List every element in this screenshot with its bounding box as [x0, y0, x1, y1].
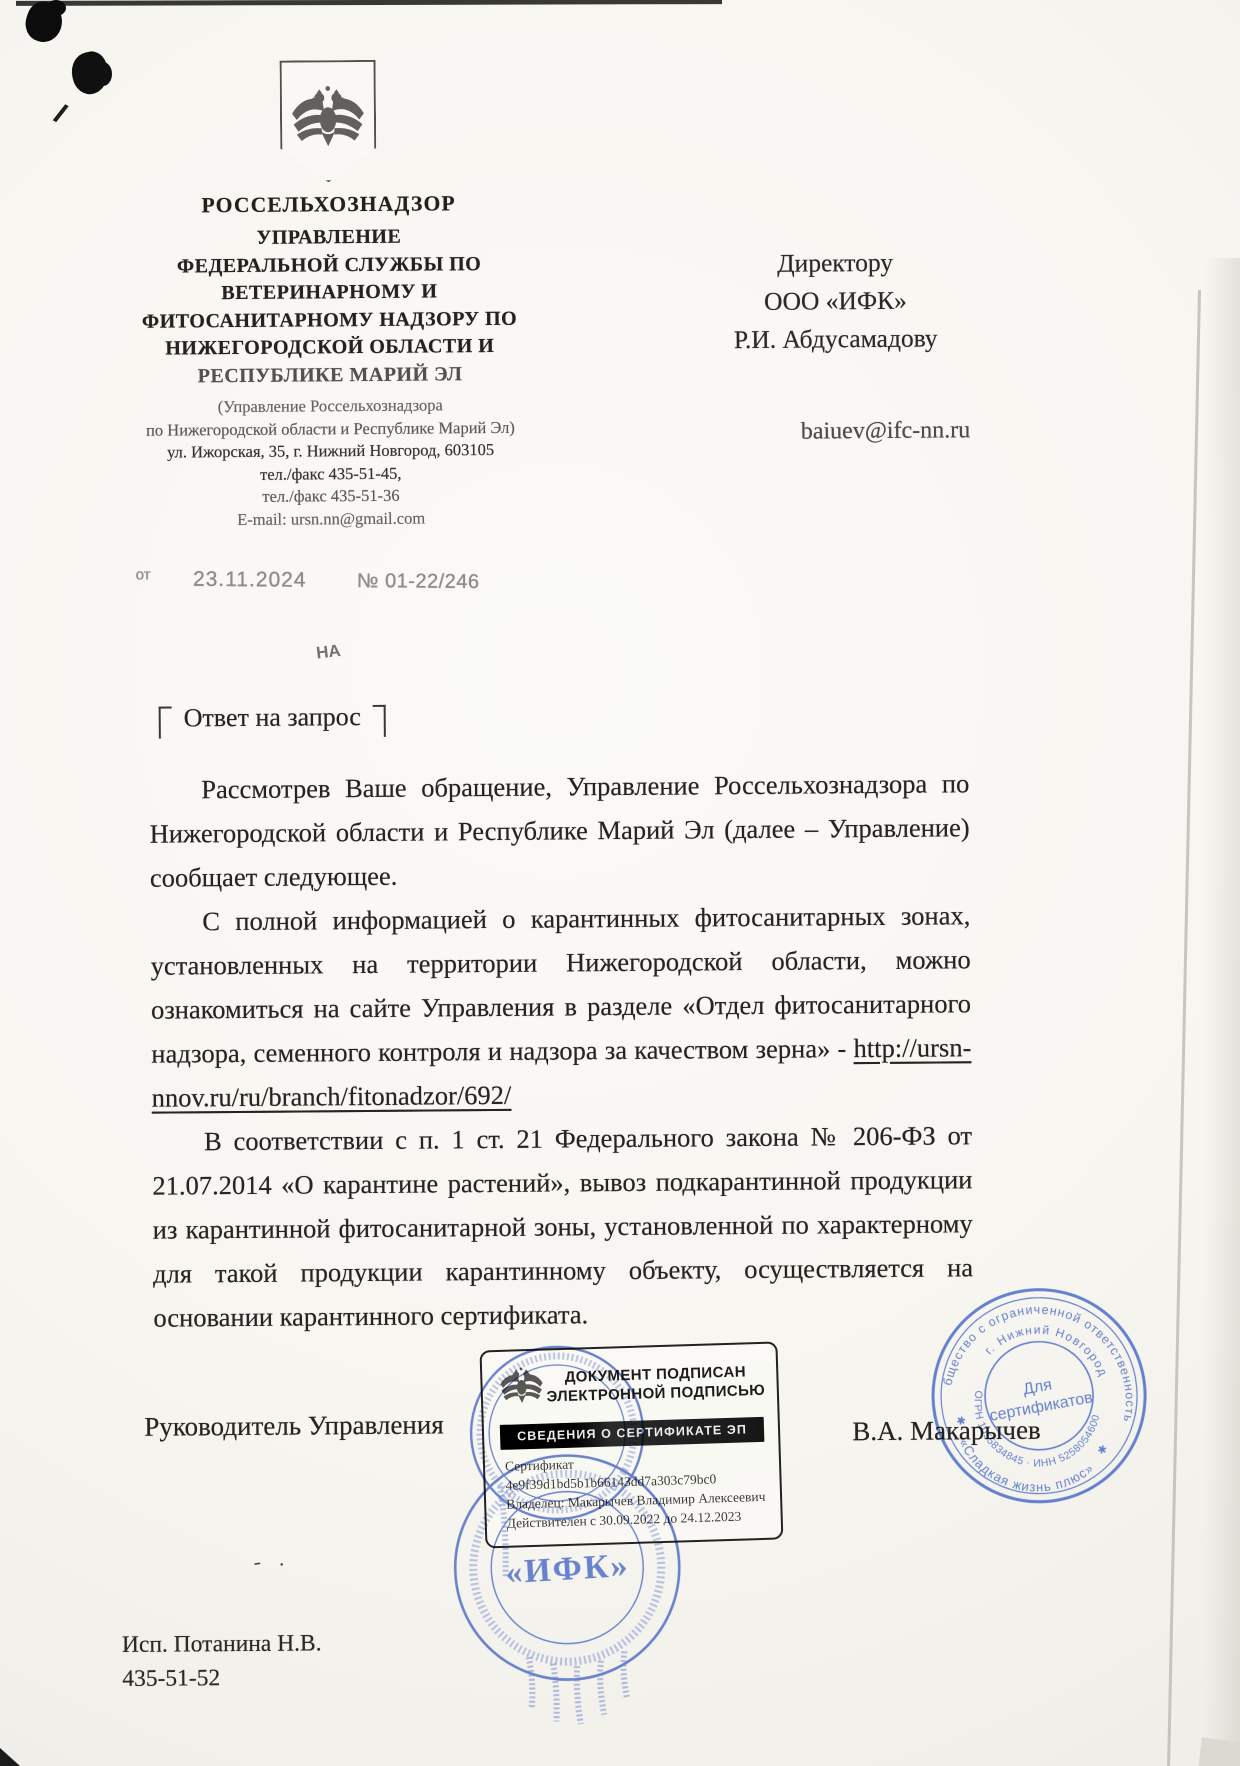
signature-position: Руководитель Управления — [144, 1409, 444, 1442]
recipient-block: Директору ООО «ИФК» Р.И. Абдусамадову — [667, 243, 1004, 360]
scan-blob — [46, 0, 66, 16]
org-name-line: ВЕТЕРИНАРНОМУ И — [117, 278, 541, 309]
page-corner-edge — [1198, 1737, 1240, 1766]
executor-name: Исп. Потанина Н.В. — [122, 1626, 322, 1662]
page-edge-shade — [1204, 258, 1240, 1766]
scan-blob — [94, 62, 112, 86]
letterhead: РОССЕЛЬХОЗНАДЗОР УПРАВЛЕНИЕ ФЕДЕРАЛЬНОЙ … — [116, 59, 544, 532]
seal-star-left: ✱ — [955, 1415, 966, 1429]
ifc-round-seal: «ИФК» — [431, 1325, 707, 1739]
body-paragraph-2: С полной информацией о карантинных фитос… — [150, 893, 972, 1119]
ifc-seal-center-text: «ИФК» — [504, 1547, 630, 1591]
reference-line: от 23.11.2024 № 01-22/246 — [136, 566, 576, 594]
coat-of-arms-shield — [280, 60, 377, 183]
corner-bracket-left — [159, 707, 172, 739]
org-name-block: УПРАВЛЕНИЕ ФЕДЕРАЛЬНОЙ СЛУЖБЫ ПО ВЕТЕРИН… — [117, 223, 542, 391]
body-paragraph-1: Рассмотрев Ваше обращение, Управление Ро… — [149, 761, 970, 899]
corner-bracket-right — [373, 705, 386, 737]
faint-na-mark: НА — [315, 641, 342, 664]
letter-sheet: РОССЕЛЬХОЗНАДЗОР УПРАВЛЕНИЕ ФЕДЕРАЛЬНОЙ … — [0, 0, 1240, 1766]
executor-phone: 435-51-52 — [122, 1660, 322, 1696]
org-subtitle-line: по Нижегородской области и Республике Ма… — [118, 416, 542, 442]
body-paragraph-3: В соответствии с п. 1 ст. 21 Федеральног… — [152, 1113, 974, 1339]
org-name-line: УПРАВЛЕНИЕ — [117, 223, 541, 254]
org-phone-line: тел./факс 435-51-36 — [119, 484, 543, 510]
recipient-title: Директору — [667, 243, 1003, 284]
org-name-line: ФЕДЕРАЛЬНОЙ СЛУЖБЫ ПО — [117, 250, 541, 281]
org-name-line: НИЖЕГОРОДСКОЙ ОБЛАСТИ И — [118, 333, 542, 364]
seal-smudge-streaks — [500, 1480, 628, 1728]
subject-line: Ответ на запрос — [159, 702, 386, 739]
pen-dash-mark: - . — [252, 1544, 292, 1575]
seal-star-right: ✱ — [1096, 1444, 1107, 1458]
org-subtitle-line: (Управление Россельхознадзора — [118, 394, 542, 420]
ref-date: 23.11.2024 — [193, 568, 307, 592]
org-address-line: ул. Ижорская, 35, г. Нижний Новгород, 60… — [119, 439, 543, 465]
company-round-seal: Общество с ограниченной ответственностью… — [906, 1262, 1173, 1529]
agency-name: РОССЕЛЬХОЗНАДЗОР — [117, 191, 541, 219]
org-email-line: E-mail: ursn.nn@gmail.com — [119, 506, 543, 532]
seal-center-text-line1: Для — [1022, 1376, 1053, 1398]
recipient-email: baiuev@ifc-nn.ru — [720, 417, 1050, 447]
subject-text: Ответ на запрос — [184, 702, 361, 733]
ref-from-label: от — [136, 566, 151, 583]
letter-body: Рассмотрев Ваше обращение, Управление Ро… — [149, 761, 973, 1339]
org-contact-block: (Управление Россельхознадзора по Нижегор… — [118, 394, 543, 532]
double-eagle-icon — [289, 73, 368, 170]
executor-block: Исп. Потанина Н.В. 435-51-52 — [122, 1626, 322, 1696]
body-paragraph-2-text: С полной информацией о карантинных фитос… — [151, 900, 972, 1068]
org-name-line: РЕСПУБЛИКЕ МАРИЙ ЭЛ — [118, 360, 542, 391]
org-phone-line: тел./факс 435-51-45, — [119, 461, 543, 487]
recipient-person: Р.И. Абдусамадову — [668, 319, 1004, 360]
org-name-line: ФИТОСАНИТАРНОМУ НАДЗОРУ ПО — [117, 305, 541, 336]
recipient-company: ООО «ИФК» — [667, 281, 1003, 322]
scanned-letter-page: РОССЕЛЬХОЗНАДЗОР УПРАВЛЕНИЕ ФЕДЕРАЛЬНОЙ … — [0, 0, 1240, 1766]
ref-number: № 01-22/246 — [357, 570, 480, 593]
